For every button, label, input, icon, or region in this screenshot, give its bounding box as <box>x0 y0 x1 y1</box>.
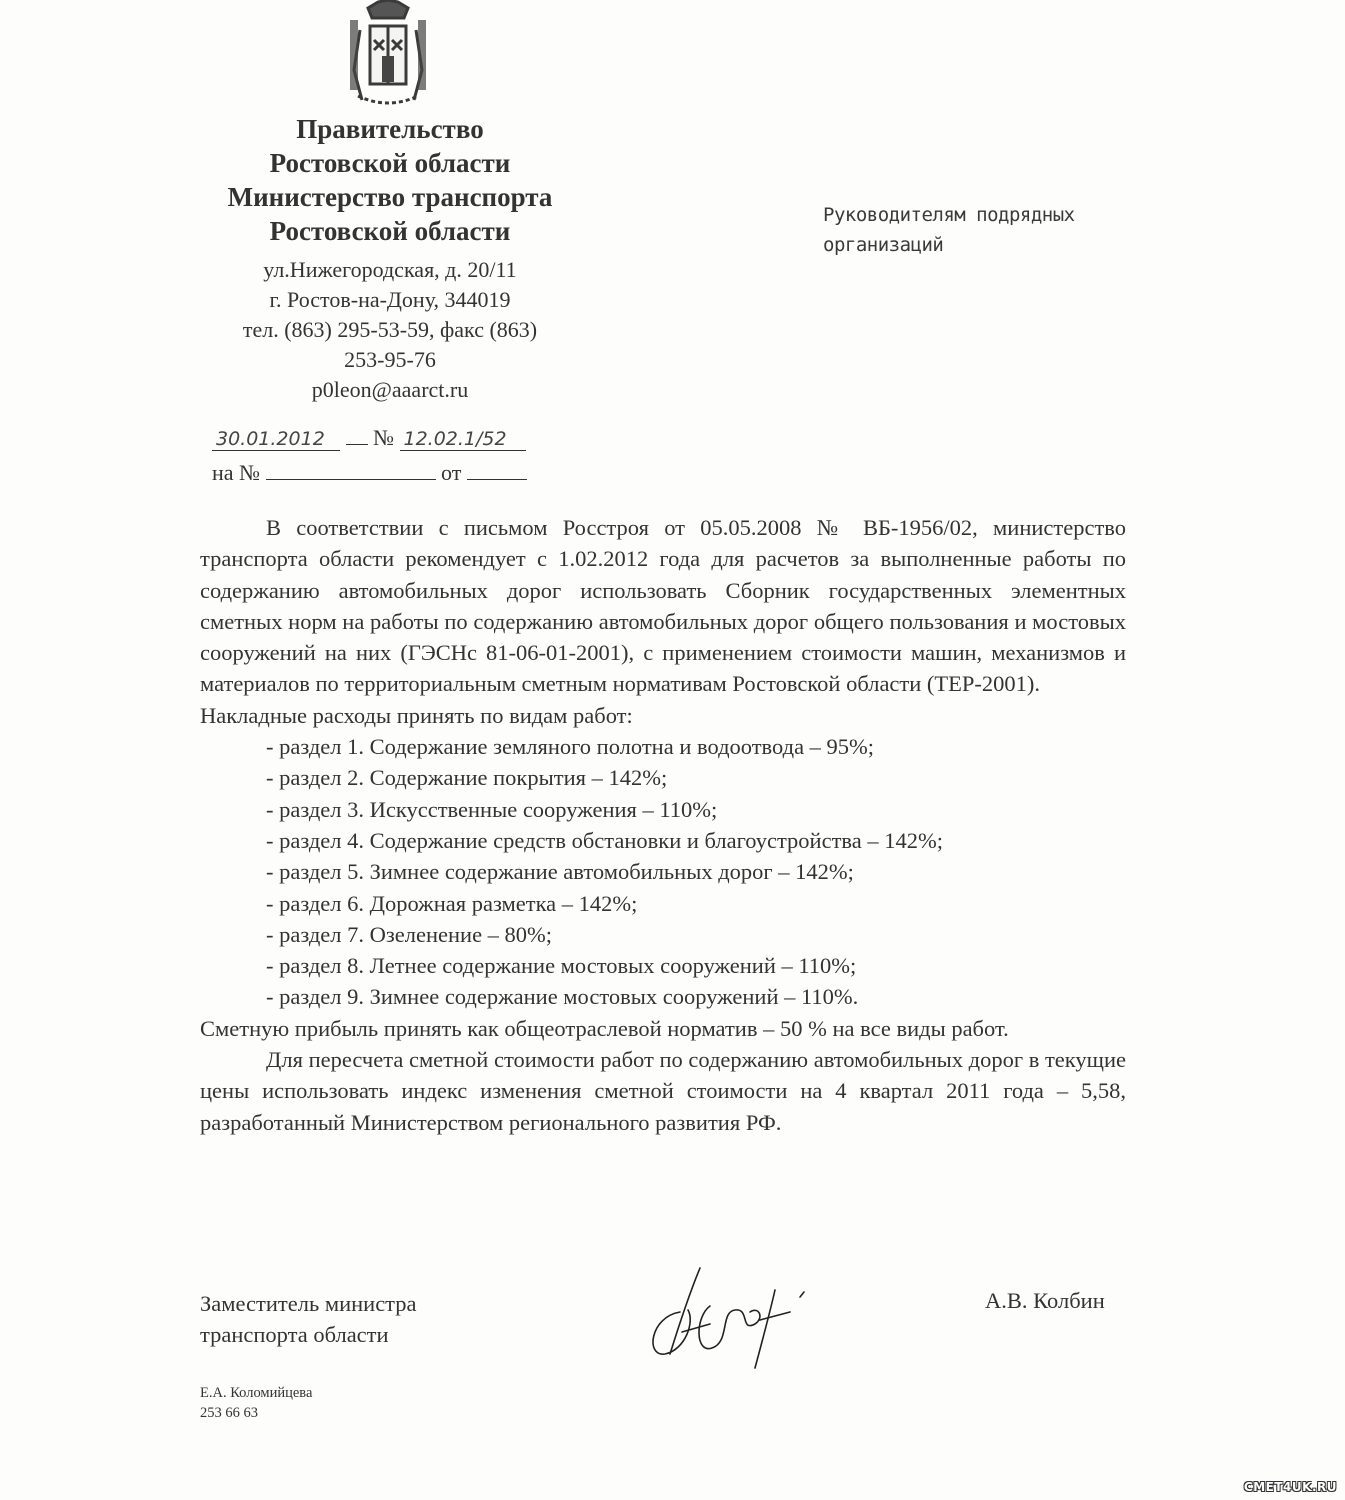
executor-name: Е.А. Коломийцева <box>200 1383 312 1403</box>
address-line: тел. (863) 295-53-59, факс (863) <box>200 315 580 345</box>
ref-from-label: от <box>441 460 461 485</box>
paragraph-main: В соответствии с письмом Росстроя от 05.… <box>200 512 1126 700</box>
address-line: 253-95-76 <box>200 345 580 375</box>
profit-paragraph: Сметную прибыль принять как общеотраслев… <box>200 1013 1126 1044</box>
signatory-name: А.В. Колбин <box>985 1288 1105 1314</box>
overhead-item: - раздел 2. Содержание покрытия – 142%; <box>200 762 1126 793</box>
overhead-item: - раздел 3. Искусственные сооружения – 1… <box>200 794 1126 825</box>
ref-label: на № <box>212 460 260 485</box>
coat-of-arms-icon <box>338 0 438 108</box>
paragraph-index: Для пересчета сметной стоимости работ по… <box>200 1044 1126 1138</box>
address-line: ул.Нижегородская, д. 20/11 <box>200 255 580 285</box>
address-line: г. Ростов-на-Дону, 344019 <box>200 285 580 315</box>
email-text: p0leon@aaarct.ru <box>200 375 580 405</box>
recipient-line: организаций <box>823 230 1075 260</box>
org-line: Ростовской области <box>190 214 590 248</box>
registration-line: 30.01.2012 № 12.02.1/52 <box>212 425 526 451</box>
overhead-intro: Накладные расходы принять по видам работ… <box>200 700 1126 731</box>
overhead-item: - раздел 8. Летнее содержание мостовых с… <box>200 950 1126 981</box>
reference-line: на № от <box>212 460 527 486</box>
position-line: Заместитель министра <box>200 1288 417 1319</box>
overhead-list: - раздел 1. Содержание земляного полотна… <box>200 731 1126 1013</box>
organization-address: ул.Нижегородская, д. 20/11 г. Ростов-на-… <box>200 255 580 405</box>
position-line: транспорта области <box>200 1319 417 1350</box>
recipient-line: Руководителям подрядных <box>823 200 1075 230</box>
overhead-item: - раздел 6. Дорожная разметка – 142%; <box>200 888 1126 919</box>
executor-phone: 253 66 63 <box>200 1403 312 1423</box>
overhead-item: - раздел 9. Зимнее содержание мостовых с… <box>200 981 1126 1012</box>
overhead-item: - раздел 7. Озеленение – 80%; <box>200 919 1126 950</box>
org-line: Министерство транспорта <box>190 180 590 214</box>
organization-title: Правительство Ростовской области Министе… <box>190 112 590 248</box>
letter-page: Правительство Ростовской области Министе… <box>0 0 1345 1500</box>
overhead-item: - раздел 4. Содержание средств обстановк… <box>200 825 1126 856</box>
letter-body: В соответствии с письмом Росстроя от 05.… <box>200 512 1126 1138</box>
org-line: Ростовской области <box>190 146 590 180</box>
letter-number: 12.02.1/52 <box>400 428 526 451</box>
site-watermark: CMET4UK.RU <box>1244 1480 1337 1494</box>
handwritten-signature-icon <box>640 1262 830 1372</box>
letter-date: 30.01.2012 <box>212 428 340 451</box>
number-label: № <box>373 425 394 450</box>
recipient-block: Руководителям подрядных организаций <box>823 200 1075 260</box>
executor-block: Е.А. Коломийцева 253 66 63 <box>200 1383 312 1423</box>
overhead-item: - раздел 1. Содержание земляного полотна… <box>200 731 1126 762</box>
overhead-item: - раздел 5. Зимнее содержание автомобиль… <box>200 856 1126 887</box>
signatory-position: Заместитель министра транспорта области <box>200 1288 417 1350</box>
org-line: Правительство <box>190 112 590 146</box>
